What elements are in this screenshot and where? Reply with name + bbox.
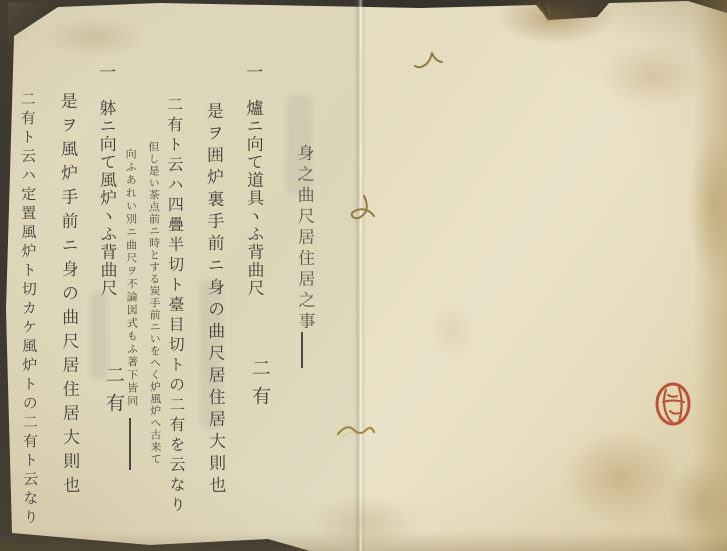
entry1-small-note-1: 但し是い茶点前ニ時とする炭手前ニいをへく炉風炉へ古来て bbox=[145, 141, 163, 465]
entry2-heading-note: 二有 bbox=[101, 365, 128, 421]
entry1-heading: 一 爐ニ向て道具ヽふ背曲尺 bbox=[240, 63, 267, 297]
entry1-line2: 是ヲ囲炉裏手前ニ身の曲尺居住居大則也 bbox=[201, 102, 229, 498]
entry2-heading: 一 躰ニ向て風炉ヽふ背曲尺 bbox=[93, 63, 120, 297]
title-column: 身之曲尺居住居之事 bbox=[291, 144, 317, 333]
entry1-heading-note: 二有 bbox=[247, 358, 274, 414]
manuscript-scan: 身之曲尺居住居之事 一 爐ニ向て道具ヽふ背曲尺 二有 是ヲ囲炉裏手前ニ身の曲尺居… bbox=[0, 0, 727, 551]
entry2-line3: 二有ト云ハ定置風炉ト切カケ風炉トの二有ト云なり bbox=[17, 91, 41, 528]
entry2-line2: 是ヲ風炉手前ニ身の曲尺居住居大則也 bbox=[55, 92, 83, 500]
entry1-line3: 二有ト云ハ四疊半切ト臺目切トの二有を云なり bbox=[163, 96, 189, 516]
